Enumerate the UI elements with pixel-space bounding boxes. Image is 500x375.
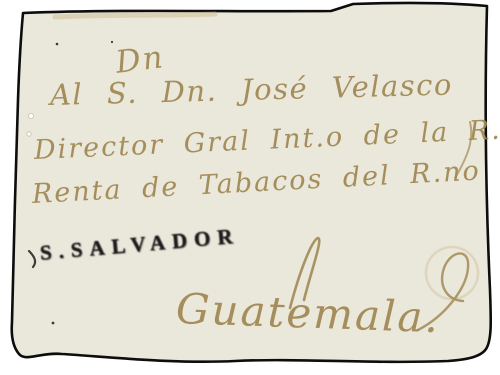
postal-cover-photo: Dn Al S. Dn. José Velasco Director Gral … [0, 0, 500, 375]
top-edge-smudge [55, 14, 215, 17]
ink-speck [111, 41, 113, 43]
address-superscript: Dn [114, 42, 166, 79]
ink-speck [56, 43, 59, 46]
paper-flaw [27, 132, 31, 136]
paper-flaw [28, 113, 33, 118]
destination-text: Guatemala. [175, 288, 440, 339]
ink-speck [52, 322, 55, 325]
